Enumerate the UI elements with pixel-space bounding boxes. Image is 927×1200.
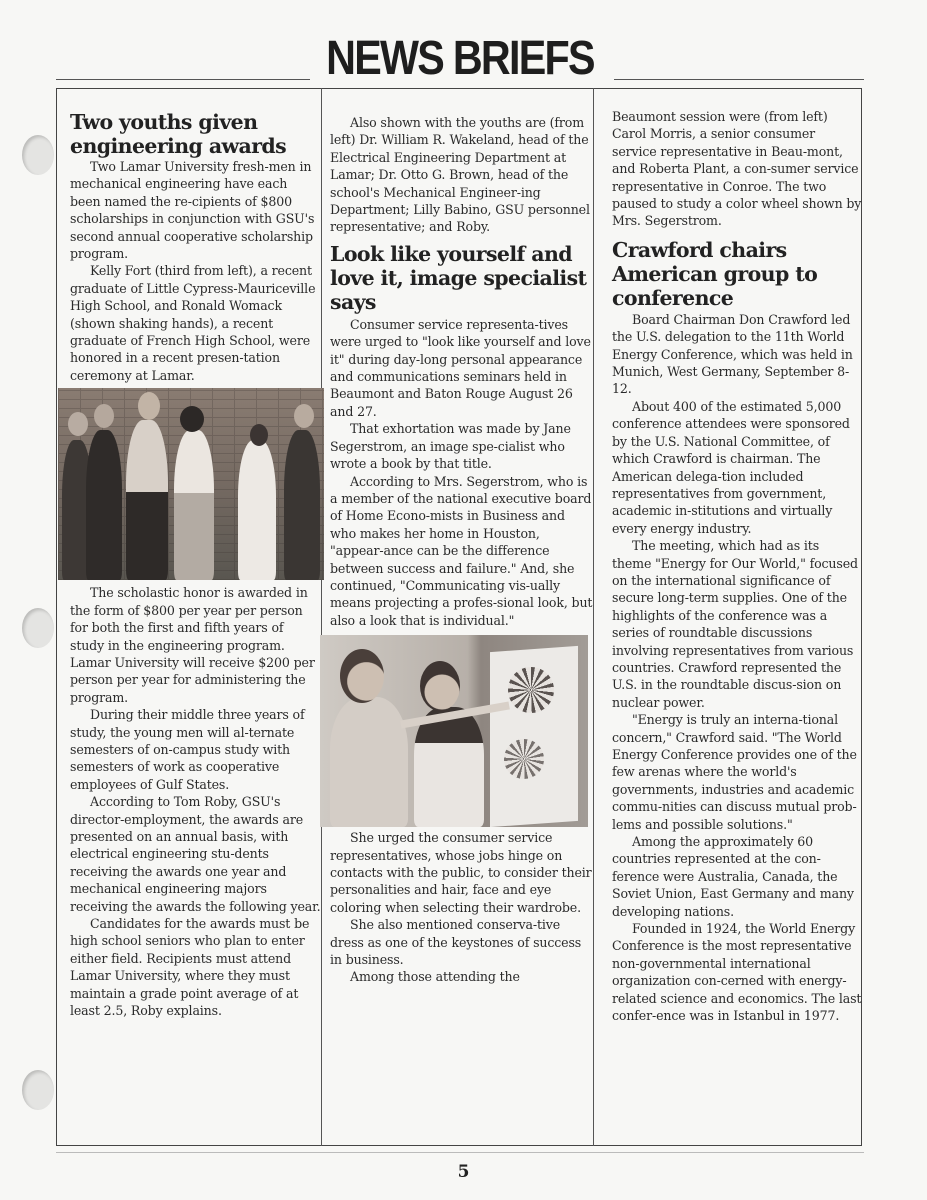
binder-hole-middle [22, 608, 54, 648]
paragraph: The meeting, which had as its theme "Ene… [612, 537, 862, 711]
paragraph: According to Tom Roby, GSU's director-em… [70, 793, 321, 915]
paragraph: Beaumont session were (from left) Carol … [612, 108, 862, 230]
binder-hole-top [22, 135, 54, 175]
paragraph: Two Lamar University fresh-men in mechan… [70, 158, 321, 262]
bottom-rule [56, 1152, 864, 1153]
paragraph: According to Mrs. Segerstrom, who is a m… [330, 473, 593, 630]
paragraph: During their middle three years of study… [70, 706, 321, 793]
paragraph: She also mentioned conserva-tive dress a… [330, 916, 593, 968]
paragraph: The scholastic honor is awarded in the f… [70, 584, 321, 706]
masthead: NEWS BRIEFS [56, 30, 864, 86]
photo-scholarship-presentation [58, 388, 324, 580]
column-2: Also shown with the youths are (from lef… [322, 88, 594, 1146]
paragraph: She urged the consumer service represent… [330, 829, 593, 916]
paragraph: Among those attending the [330, 968, 593, 985]
paragraph: Kelly Fort (third from left), a recent g… [70, 262, 321, 384]
headline-crawford: Crawford chairs American group to confer… [612, 238, 862, 310]
headline-engineering: Two youths given engineering awards [70, 110, 321, 158]
paragraph: Also shown with the youths are (from lef… [330, 114, 593, 236]
paragraph: That exhortation was made by Jane Segers… [330, 420, 593, 472]
binder-hole-bottom [22, 1070, 54, 1110]
paragraph: Founded in 1924, the World Energy Confer… [612, 920, 862, 1024]
column-3: Beaumont session were (from left) Carol … [594, 88, 862, 1146]
paragraph: Board Chairman Don Crawford led the U.S.… [612, 311, 862, 398]
paragraph: Among the approximately 60 countries rep… [612, 833, 862, 920]
headline-image-specialist: Look like yourself and love it, image sp… [330, 242, 593, 314]
page-title: NEWS BRIEFS [113, 34, 808, 84]
photo-color-wheel [320, 635, 588, 827]
paragraph: "Energy is truly an interna-tional conce… [612, 711, 862, 833]
paragraph: Consumer service representa-tives were u… [330, 316, 593, 420]
paragraph: About 400 of the estimated 5,000 confere… [612, 398, 862, 537]
column-1: Two youths given engineering awards Two … [58, 88, 322, 1146]
page-number: 5 [0, 1162, 927, 1182]
paragraph: Candidates for the awards must be high s… [70, 915, 321, 1019]
